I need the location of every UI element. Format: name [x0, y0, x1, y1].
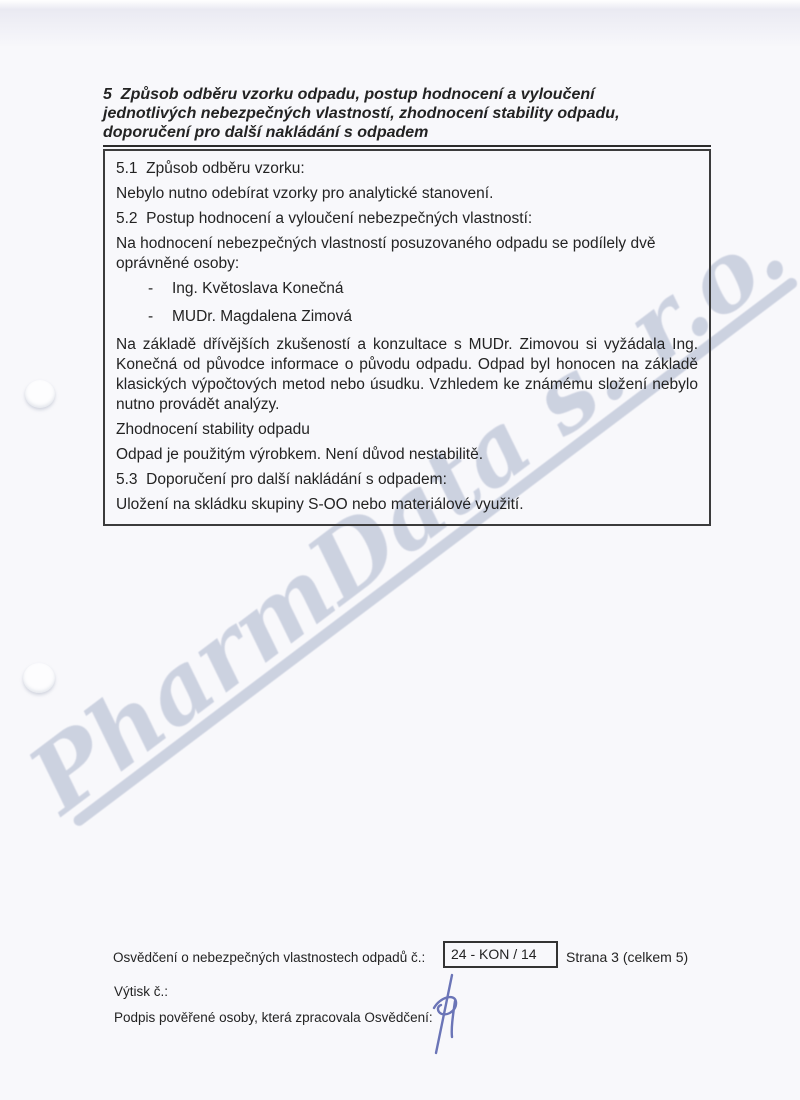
content-box: 5.1 Způsob odběru vzorku: Nebylo nutno o… [103, 149, 711, 526]
page-info: Strana 3 (celkem 5) [566, 949, 688, 965]
copy-number-label: Výtisk č.: [114, 984, 168, 999]
section-heading: 5 Způsob odběru vzorku odpadu, postup ho… [103, 85, 711, 147]
stability-text: Odpad je použitým výrobkem. Není důvod n… [116, 445, 698, 465]
heading-line-3: doporučení pro další nakládání s odpadem [103, 123, 711, 142]
subsection-5-2-paragraph: Na základě dřívějších zkušeností a konzu… [116, 335, 698, 415]
heading-line-1: 5 Způsob odběru vzorku odpadu, postup ho… [103, 85, 711, 104]
assessor-list-item: - Ing. Květoslava Konečná [148, 279, 698, 299]
subsection-5-2-intro: Na hodnocení nebezpečných vlastností pos… [116, 234, 698, 274]
hole-punch-bottom [23, 663, 55, 693]
signature-mark [427, 971, 469, 1057]
subsection-5-1-text: Nebylo nutno odebírat vzorky pro analyti… [116, 184, 698, 204]
assessor-name: Ing. Květoslava Konečná [172, 279, 343, 299]
bullet-dash: - [148, 279, 172, 299]
hole-punch-top [25, 380, 55, 408]
signature-label: Podpis pověřené osoby, která zpracovala … [114, 1010, 433, 1025]
certificate-number-label: Osvědčení o nebezpečných vlastnostech od… [113, 950, 425, 965]
assessor-name: MUDr. Magdalena Zimová [172, 307, 352, 327]
certificate-number-box: 24 - KON / 14 [443, 941, 558, 968]
subsection-5-2-title: 5.2 Postup hodnocení a vyloučení nebezpe… [116, 209, 698, 229]
subsection-5-3-title: 5.3 Doporučení pro další nakládání s odp… [116, 470, 698, 490]
assessor-list-item: - MUDr. Magdalena Zimová [148, 307, 698, 327]
scan-edge-shading [0, 0, 800, 48]
heading-line-2: jednotlivých nebezpečných vlastností, zh… [103, 104, 711, 123]
stability-title: Zhodnocení stability odpadu [116, 420, 698, 440]
subsection-5-1-title: 5.1 Způsob odběru vzorku: [116, 159, 698, 179]
bullet-dash: - [148, 307, 172, 327]
subsection-5-3-text: Uložení na skládku skupiny S-OO nebo mat… [116, 495, 698, 515]
certificate-number-value: 24 - KON / 14 [451, 946, 537, 962]
